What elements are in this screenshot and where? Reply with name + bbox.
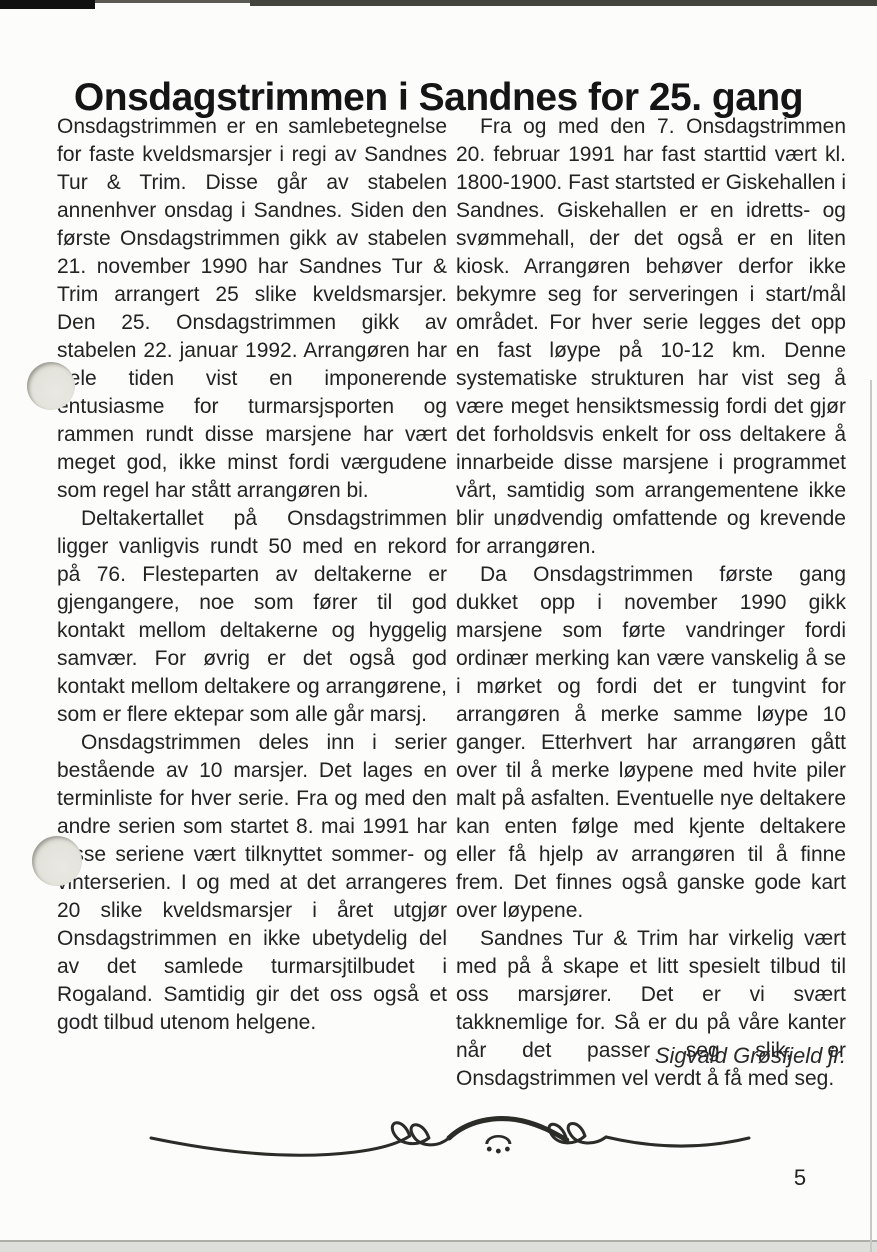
hole-punch xyxy=(27,362,75,410)
scan-right-edge xyxy=(870,380,872,1252)
body-paragraph: Fra og med den 7. Onsdagstrimmen 20. feb… xyxy=(456,113,846,561)
flourish-divider-ornament xyxy=(148,1106,752,1174)
body-paragraph: Da Onsdagstrimmen første gang dukket opp… xyxy=(456,561,846,925)
body-paragraph: Deltakertallet på Onsdagstrimmen ligger … xyxy=(57,505,447,729)
scan-top-left-mark xyxy=(0,0,95,9)
scanned-magazine-page: Onsdagstrimmen i Sandnes for 25. gang On… xyxy=(0,0,877,1252)
left-column: Onsdagstrimmen er en samlebetegnelse for… xyxy=(57,113,447,1037)
body-paragraph: Onsdagstrimmen deles inn i serier beståe… xyxy=(57,729,447,1037)
right-column: Fra og med den 7. Onsdagstrimmen 20. feb… xyxy=(456,113,846,1093)
scan-bottom-edge xyxy=(0,1240,877,1252)
page-number: 5 xyxy=(770,1165,830,1191)
hole-punch xyxy=(32,836,82,886)
scan-top-right-edge xyxy=(250,0,877,6)
flourish-center-icon xyxy=(485,1135,511,1154)
body-paragraph: Onsdagstrimmen er en samlebetegnelse for… xyxy=(57,113,447,505)
author-signature: Sigvald Grøsfjeld jr. xyxy=(456,1043,846,1069)
